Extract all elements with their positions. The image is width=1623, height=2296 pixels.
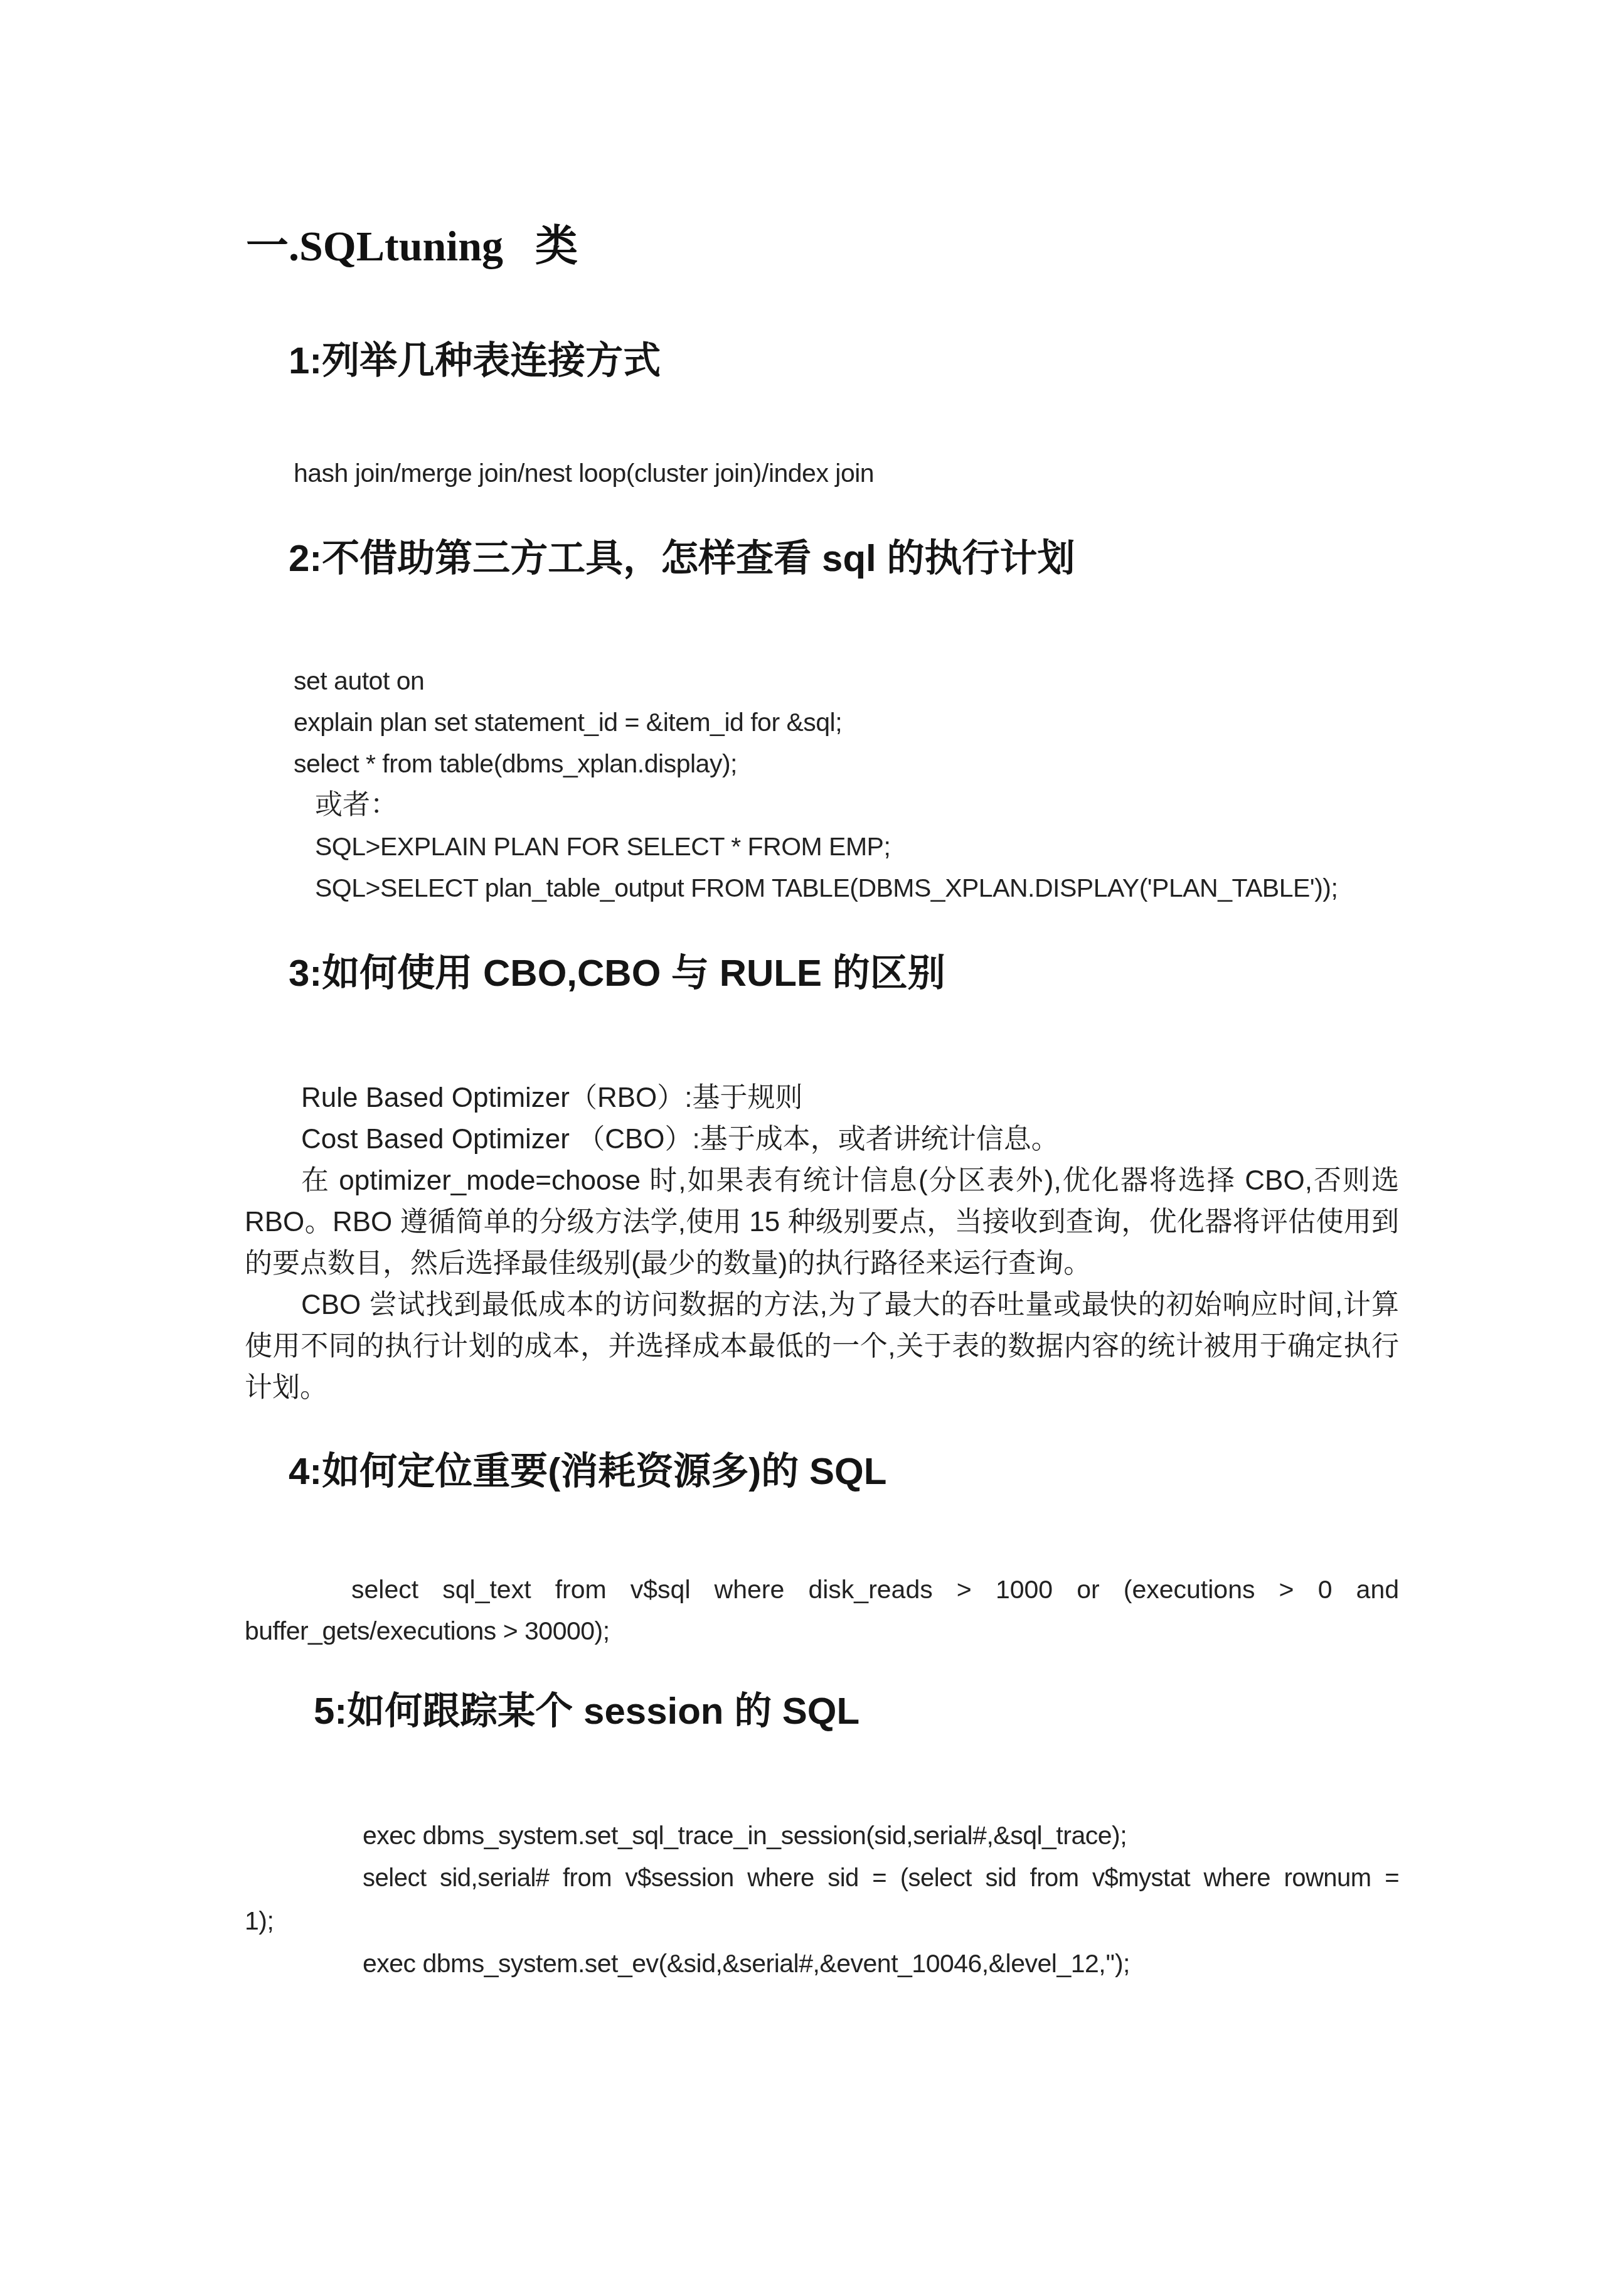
code-line: set autot on xyxy=(245,660,1399,702)
code-line: exec dbms_system.set_sql_trace_in_sessio… xyxy=(245,1814,1399,1857)
code-line: explain plan set statement_id = &item_id… xyxy=(245,702,1399,743)
heading-q3-cbo-vs-rule: 3:如何使用 CBO,CBO 与 RULE 的区别 xyxy=(245,949,1399,997)
heading-q2-view-explain-plan: 2:不借助第三方工具，怎样查看 sql 的执行计划 xyxy=(245,535,1399,582)
code-block-q5: exec dbms_system.set_sql_trace_in_sessio… xyxy=(245,1814,1399,1985)
code-line: SQL>SELECT plan_table_output FROM TABLE(… xyxy=(245,867,1399,909)
document-page: 一.SQLtuning 类 1:列举几种表连接方式 hash join/merg… xyxy=(0,0,1623,2296)
code-line: buffer_gets/executions > 30000); xyxy=(245,1610,1399,1652)
heading-q4-locate-expensive-sql: 4:如何定位重要(消耗资源多)的 SQL xyxy=(245,1448,1399,1495)
code-line: 1); xyxy=(245,1899,1399,1942)
answer-q1-join-methods: hash join/merge join/nest loop(cluster j… xyxy=(245,452,1399,494)
code-line: select sid,serial# from v$session where … xyxy=(245,1857,1399,1899)
alternative-label: 或者： xyxy=(245,784,1399,826)
paragraph-cbo-definition: Cost Based Optimizer （CBO）:基于成本，或者讲统计信息。 xyxy=(245,1119,1399,1160)
paragraph-optimizer-mode: 在 optimizer_mode=choose 时,如果表有统计信息(分区表外)… xyxy=(245,1160,1399,1284)
answer-q3-paragraphs: Rule Based Optimizer（RBO）:基于规则 Cost Base… xyxy=(245,1077,1399,1409)
code-line: select * from table(dbms_xplan.display); xyxy=(245,743,1399,784)
document-content: 一.SQLtuning 类 1:列举几种表连接方式 hash join/merg… xyxy=(0,0,1623,1985)
paragraph-cbo-cost: CBO 尝试找到最低成本的访问数据的方法,为了最大的吞吐量或最快的初始响应时间,… xyxy=(245,1284,1399,1409)
heading-q5-trace-session-sql: 5:如何跟踪某个 session 的 SQL xyxy=(245,1687,1399,1735)
code-block-q4: select sql_text from v$sql where disk_re… xyxy=(245,1569,1399,1652)
code-line: SQL>EXPLAIN PLAN FOR SELECT * FROM EMP; xyxy=(245,826,1399,867)
code-line: exec dbms_system.set_ev(&sid,&serial#,&e… xyxy=(245,1942,1399,1985)
code-block-q2: set autot on explain plan set statement_… xyxy=(245,660,1399,909)
heading-q1-table-join-types: 1:列举几种表连接方式 xyxy=(245,337,1399,385)
code-line: select sql_text from v$sql where disk_re… xyxy=(245,1569,1399,1610)
paragraph-rbo-definition: Rule Based Optimizer（RBO）:基于规则 xyxy=(245,1077,1399,1119)
doc-title: 一.SQLtuning 类 xyxy=(245,0,1399,271)
